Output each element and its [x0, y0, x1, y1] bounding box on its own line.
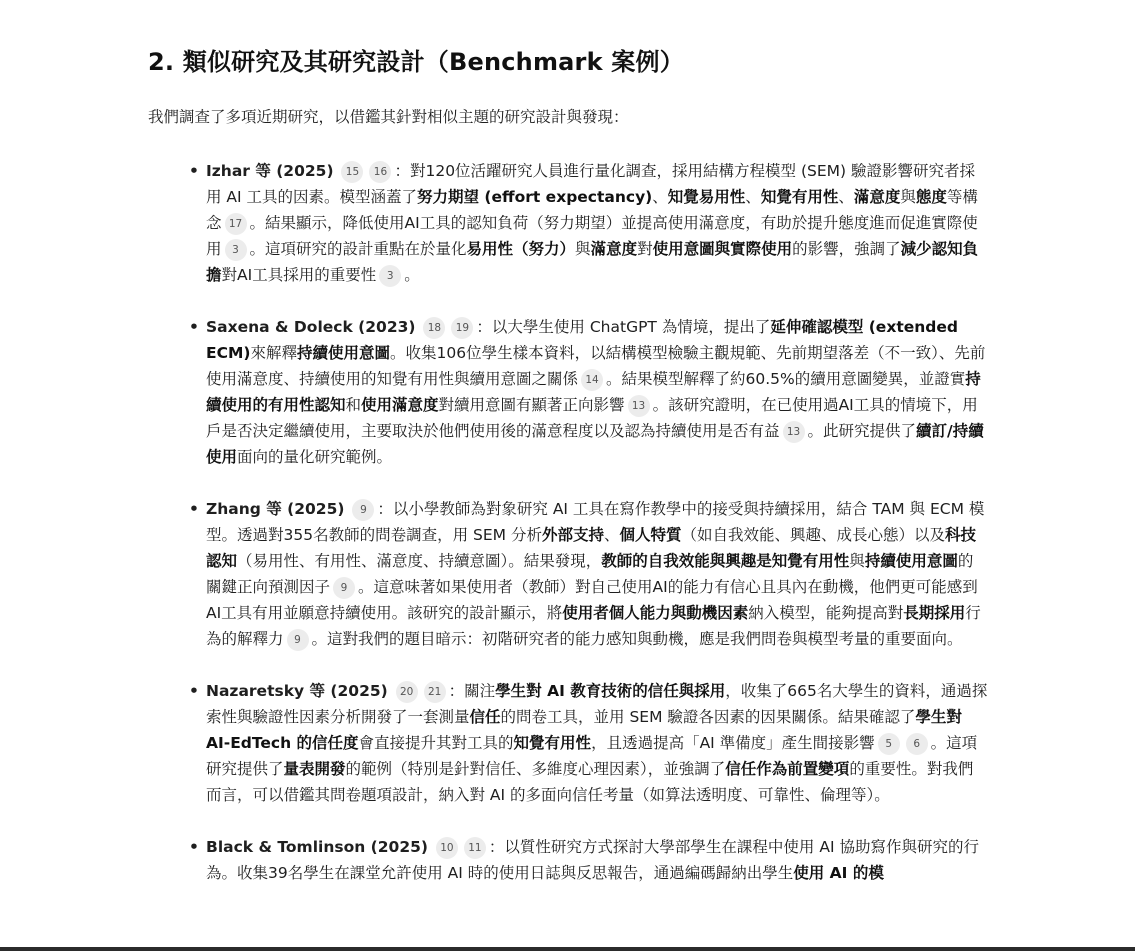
study-item-saxena-doleck: • Saxena & Doleck (2023) 1819：以大學生使用 Cha…	[206, 314, 988, 470]
body-text: （如自我效能、興趣、成長心態）以及	[682, 526, 946, 544]
citation-badge[interactable]: 13	[783, 421, 805, 443]
emphasis-text: 使用滿意度	[361, 396, 439, 414]
citation-badge[interactable]: 19	[451, 317, 473, 339]
window-bottom-edge	[0, 947, 1135, 951]
emphasis-text: 使用意圖與實際使用	[653, 240, 793, 258]
emphasis-text: 知覺有用性	[761, 188, 839, 206]
document-body: 2. 類似研究及其研究設計（Benchmark 案例） 我們調查了多項近期研究，…	[148, 42, 988, 886]
body-text: 會直接提升其對工具的	[359, 734, 514, 752]
study-item-black-tomlinson: • Black & Tomlinson (2025) 1011：以質性研究方式探…	[206, 834, 988, 886]
body-text: 納入模型，能夠提高對	[748, 604, 903, 622]
emphasis-text: 信任作為前置變項	[725, 760, 849, 778]
study-author: Saxena & Doleck (2023)	[206, 318, 415, 336]
body-text: 面向的量化研究範例。	[237, 448, 392, 466]
study-description: 9：以小學教師為對象研究 AI 工具在寫作教學中的接受與持續採用，結合 TAM …	[206, 500, 984, 648]
citation-badge[interactable]: 9	[287, 629, 309, 651]
body-text: 來解釋	[250, 344, 297, 362]
body-text: 。這對我們的題目暗示：初階研究者的能力感知與動機，應是我們問卷與模型考量的重要面…	[312, 630, 963, 648]
emphasis-text: 教師的自我效能與興趣是知覺有用性	[601, 552, 849, 570]
study-author: Zhang 等 (2025)	[206, 500, 344, 518]
body-text: 的影響，強調了	[792, 240, 901, 258]
emphasis-text: 長期採用	[903, 604, 965, 622]
emphasis-text: 持續使用意圖	[865, 552, 958, 570]
body-text: ：以大學生使用 ChatGPT 為情境，提出了	[476, 318, 770, 336]
emphasis-text: 信任	[470, 708, 501, 726]
body-text: 和	[346, 396, 362, 414]
study-author: Black & Tomlinson (2025)	[206, 838, 428, 856]
body-text: 。	[404, 266, 420, 284]
body-text: ：關注	[449, 682, 496, 700]
emphasis-text: 持續使用意圖	[297, 344, 390, 362]
body-text: 與	[575, 240, 591, 258]
body-text: 的問卷工具，並用 SEM 驗證各因素的因果關係。結果確認了	[501, 708, 916, 726]
citation-badge[interactable]: 16	[369, 161, 391, 183]
citation-badge[interactable]: 20	[396, 681, 418, 703]
section-title: 2. 類似研究及其研究設計（Benchmark 案例）	[148, 42, 988, 82]
emphasis-text: 學生對 AI 教育技術的信任與採用	[495, 682, 725, 700]
citation-badge[interactable]: 6	[906, 733, 928, 755]
emphasis-text: 使用 AI 的模	[793, 864, 884, 882]
study-description: 1819：以大學生使用 ChatGPT 為情境，提出了延伸確認模型 (exten…	[206, 318, 985, 466]
bullet-icon: •	[189, 314, 199, 340]
emphasis-text: 外部支持	[542, 526, 604, 544]
citation-badge[interactable]: 3	[379, 265, 401, 287]
body-text: 與	[900, 188, 916, 206]
emphasis-text: 滿意度	[591, 240, 638, 258]
citation-badge[interactable]: 5	[878, 733, 900, 755]
body-text: 的範例（特別是針對信任、多維度心理因素），並強調了	[346, 760, 726, 778]
body-text: 、	[652, 188, 668, 206]
bullet-icon: •	[189, 678, 199, 704]
emphasis-text: 努力期望 (effort expectancy)	[417, 188, 652, 206]
study-item-nazaretsky: • Nazaretsky 等 (2025) 2021：關注學生對 AI 教育技術…	[206, 678, 988, 808]
study-description: 1516：對120位活躍研究人員進行量化調查，採用結構方程模型 (SEM) 驗證…	[206, 162, 978, 284]
body-text: 對續用意圖有顯著正向影響	[439, 396, 625, 414]
study-item-izhar: • Izhar 等 (2025) 1516：對120位活躍研究人員進行量化調查，…	[206, 158, 988, 288]
study-item-zhang: • Zhang 等 (2025) 9：以小學教師為對象研究 AI 工具在寫作教學…	[206, 496, 988, 652]
bullet-icon: •	[189, 158, 199, 184]
body-text: 對AI工具採用的重要性	[222, 266, 377, 284]
section-intro: 我們調查了多項近期研究，以借鑑其針對相似主題的研究設計與發現：	[148, 104, 988, 130]
body-text: 對	[637, 240, 653, 258]
citation-badge[interactable]: 9	[333, 577, 355, 599]
citation-badge[interactable]: 14	[581, 369, 603, 391]
body-text: 。此研究提供了	[808, 422, 917, 440]
citation-badge[interactable]: 3	[225, 239, 247, 261]
bullet-icon: •	[189, 496, 199, 522]
emphasis-text: 個人特質	[619, 526, 681, 544]
citation-badge[interactable]: 17	[225, 213, 247, 235]
citation-badge[interactable]: 13	[628, 395, 650, 417]
bullet-icon: •	[189, 834, 199, 860]
body-text: 。結果模型解釋了約60.5%的續用意圖變異，並證實	[606, 370, 965, 388]
citation-badge[interactable]: 10	[436, 837, 458, 859]
emphasis-text: 使用者個人能力與動機因素	[562, 604, 748, 622]
emphasis-text: 易用性（努力）	[467, 240, 576, 258]
study-description: 2021：關注學生對 AI 教育技術的信任與採用，收集了665名大學生的資料，通…	[206, 682, 987, 804]
body-text: ，且透過提高「AI 準備度」產生間接影響	[591, 734, 875, 752]
body-text: 。這項研究的設計重點在於量化	[250, 240, 467, 258]
emphasis-text: 知覺易用性	[668, 188, 746, 206]
benchmark-study-list: • Izhar 等 (2025) 1516：對120位活躍研究人員進行量化調查，…	[148, 158, 988, 886]
citation-badge[interactable]: 21	[424, 681, 446, 703]
emphasis-text: 知覺有用性	[514, 734, 592, 752]
emphasis-text: 量表開發	[284, 760, 346, 778]
body-text: 、	[838, 188, 854, 206]
study-author: Nazaretsky 等 (2025)	[206, 682, 388, 700]
emphasis-text: 態度	[916, 188, 947, 206]
citation-badge[interactable]: 15	[341, 161, 363, 183]
body-text: （易用性、有用性、滿意度、持續意圖）。結果發現，	[237, 552, 601, 570]
citation-badge[interactable]: 11	[464, 837, 486, 859]
body-text: 、	[745, 188, 761, 206]
body-text: 與	[849, 552, 865, 570]
study-author: Izhar 等 (2025)	[206, 162, 334, 180]
emphasis-text: 滿意度	[854, 188, 901, 206]
body-text: 、	[604, 526, 620, 544]
citation-badge[interactable]: 9	[352, 499, 374, 521]
citation-badge[interactable]: 18	[423, 317, 445, 339]
